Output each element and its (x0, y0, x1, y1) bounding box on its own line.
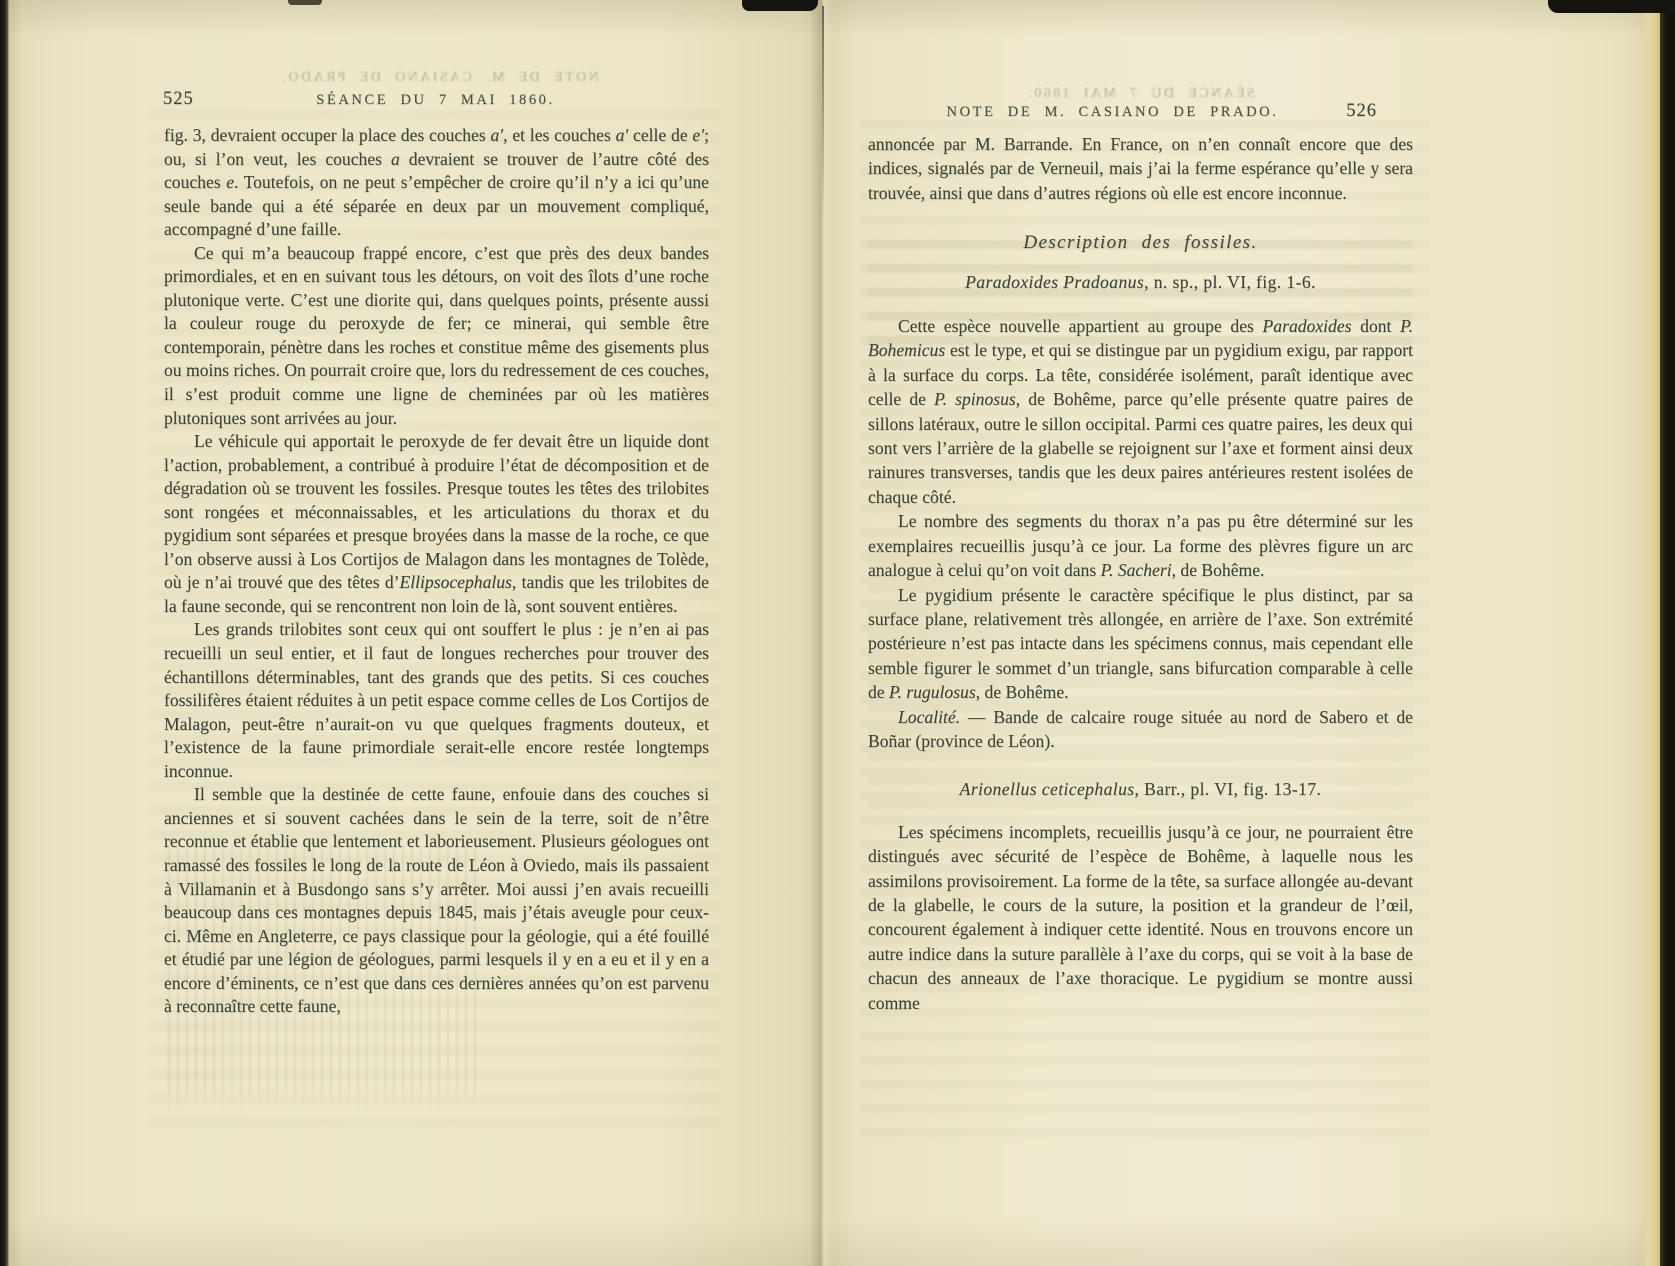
paragraph: Le pygidium présente le caractère spécif… (868, 583, 1413, 705)
running-header-left: SÉANCE DU 7 MAI 1860. (163, 92, 708, 109)
fore-edge-pages (1641, 0, 1662, 1266)
right-page-text-column: annoncée par M. Barrande. En France, on … (868, 132, 1413, 1015)
paragraph: Il semble que la destinée de cette faune… (164, 783, 709, 1018)
top-edge-notch-right (1548, 0, 1675, 13)
center-fold-line (822, 6, 824, 221)
bleedthrough-text-left: NOTE DE M. CASIANO DE PRADO. (167, 70, 712, 86)
paragraph: Cette espèce nouvelle appartient au grou… (868, 314, 1413, 509)
page-number-right: 526 (1346, 101, 1377, 122)
section-heading: Description des fossiles. (868, 231, 1413, 255)
binding-edge-left (0, 0, 9, 1266)
bleedthrough-text-right: SÉANCE DU 7 MAI 1860. (868, 86, 1413, 102)
paragraph: Le véhicule qui apportait le peroxyde de… (164, 430, 709, 618)
left-page-text-column: fig. 3, devraient occuper la place des c… (164, 124, 709, 1019)
locality-paragraph: Localité. — Bande de calcaire rouge situ… (868, 705, 1413, 754)
paragraph: Les grands trilobites sont ceux qui ont … (164, 618, 709, 783)
running-header-right: NOTE DE M. CASIANO DE PRADO. (868, 104, 1413, 121)
right-page-header: NOTE DE M. CASIANO DE PRADO. 526 (868, 104, 1413, 128)
paragraph: fig. 3, devraient occuper la place des c… (164, 124, 709, 242)
species-heading-arionellus: Arionellus ceticephalus, Barr., pl. VI, … (868, 777, 1413, 801)
top-edge-notch-center (742, 0, 818, 11)
page-number-left: 525 (163, 89, 194, 110)
paragraph: Les spécimens incomplets, recueillis jus… (868, 820, 1413, 1015)
book-spread: NOTE DE M. CASIANO DE PRADO. SÉANCE DU 7… (0, 0, 1675, 1266)
paragraph: Le nombre des segments du thorax n’a pas… (868, 509, 1413, 582)
paragraph: Ce qui m’a beaucoup frappé encore, c’est… (164, 242, 709, 430)
scan-edge-right (1660, 0, 1675, 1266)
left-page-header: 525 SÉANCE DU 7 MAI 1860. (163, 92, 708, 116)
top-edge-notch-left (288, 0, 322, 5)
species-heading-paradoxides: Paradoxides Pradoanus, n. sp., pl. VI, f… (868, 270, 1413, 294)
paragraph: annoncée par M. Barrande. En France, on … (868, 132, 1413, 205)
